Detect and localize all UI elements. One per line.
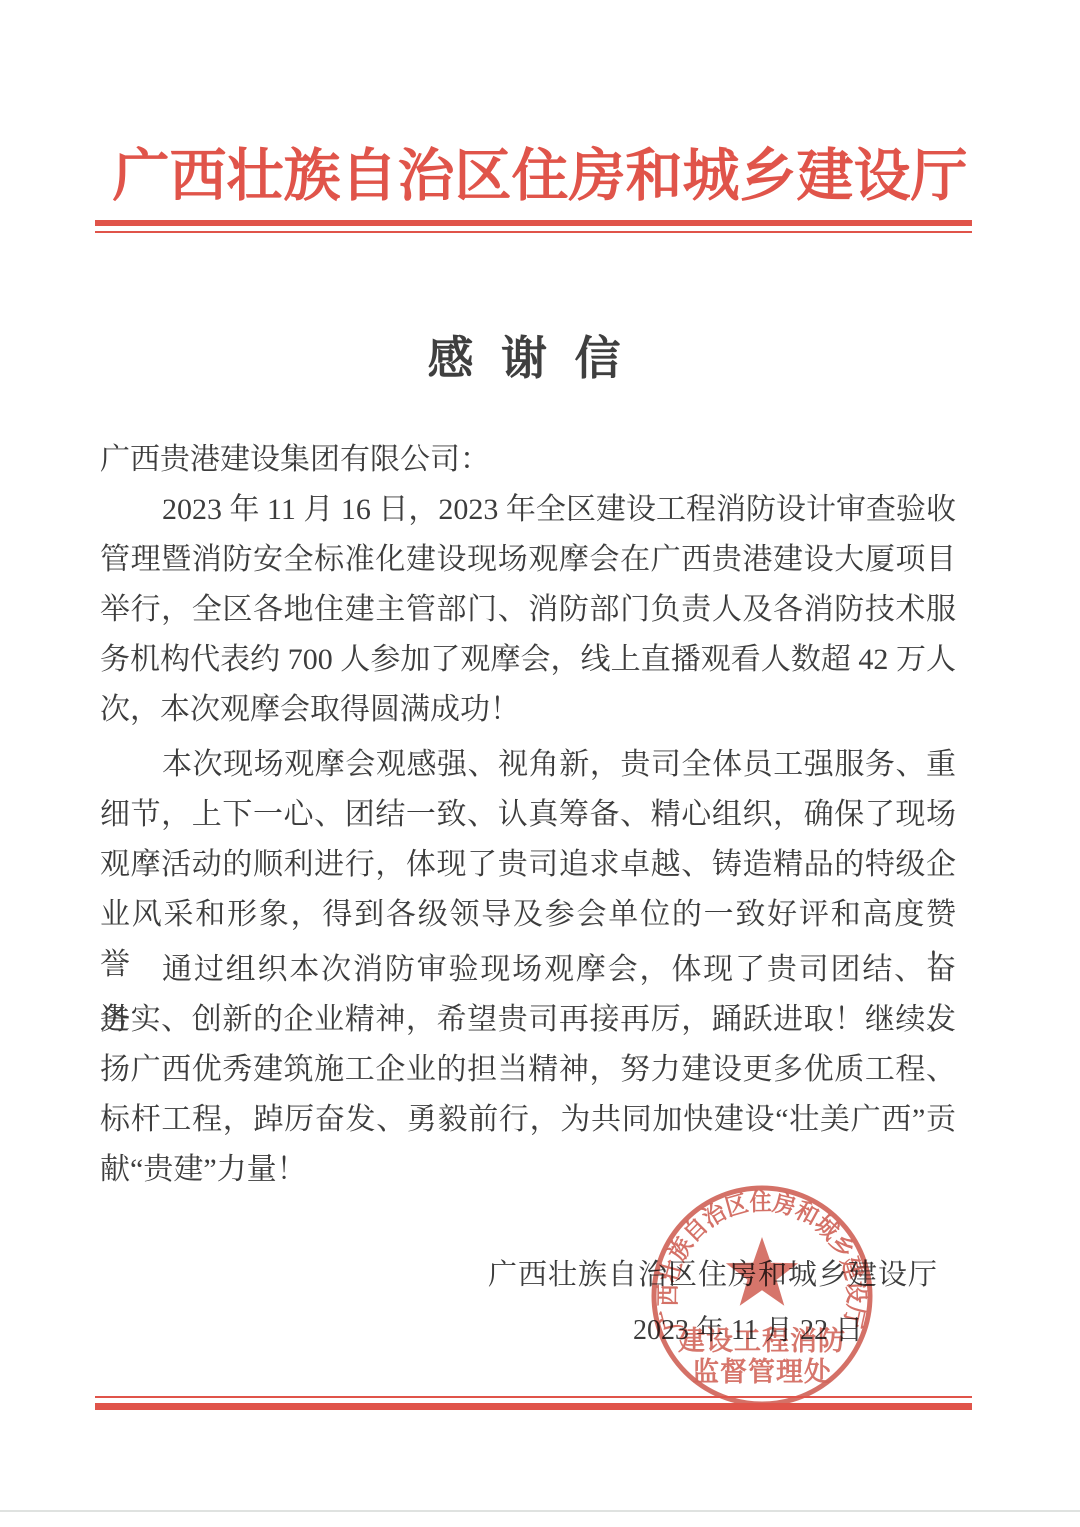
seal-dept-line1: 建设工程消防	[678, 1325, 846, 1356]
footer-rule-thick	[95, 1403, 972, 1410]
official-seal: 广西壮族自治区住房和城乡建设厅 建设工程消防 监督管理处	[0, 0, 1080, 1527]
footer-rule-thin	[95, 1396, 972, 1398]
seal-dept-line2: 监督管理处	[692, 1356, 832, 1387]
letter-page: 广西壮族自治区住房和城乡建设厅 感 谢 信 广西贵港建设集团有限公司： 2023…	[0, 0, 1080, 1527]
seal-star-icon	[726, 1237, 798, 1306]
page-bottom-edge	[0, 1510, 1080, 1512]
